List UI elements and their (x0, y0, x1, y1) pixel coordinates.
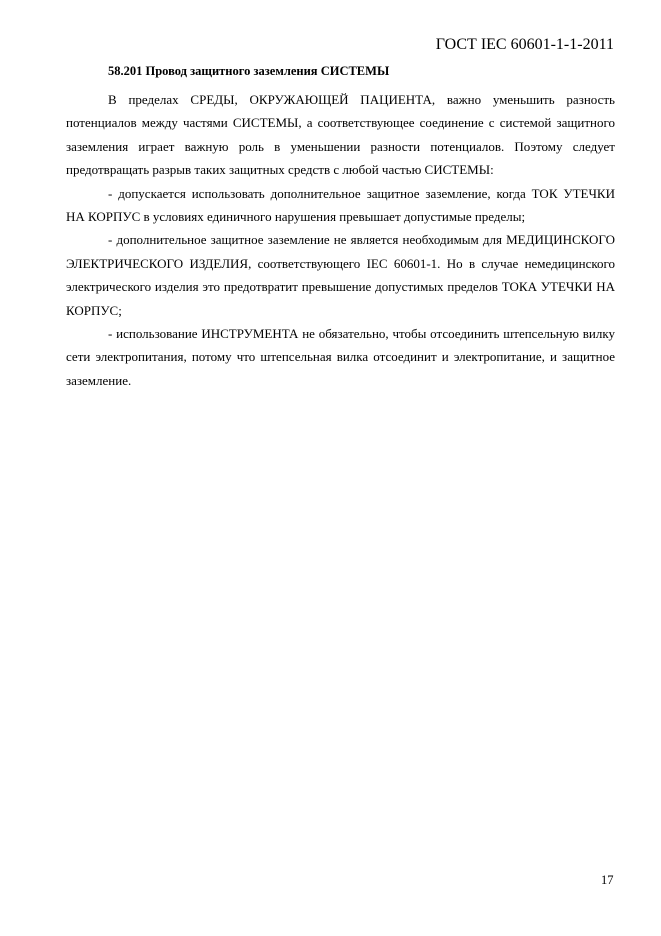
list-item-additional-grounding-allowed: - допускается использовать дополнительно… (66, 182, 615, 229)
section-body: В пределах СРЕДЫ, ОКРУЖАЮЩЕЙ ПАЦИЕНТА, в… (66, 88, 615, 392)
list-item-tool-not-required: - использование ИНСТРУМЕНТА не обязатель… (66, 322, 615, 392)
section-title: 58.201 Провод защитного заземления СИСТЕ… (108, 64, 389, 79)
document-header: ГОСТ IEC 60601-1-1-2011 (436, 36, 614, 54)
list-item-additional-grounding-not-required: - дополнительное защитное заземление не … (66, 228, 615, 322)
paragraph-intro: В пределах СРЕДЫ, ОКРУЖАЮЩЕЙ ПАЦИЕНТА, в… (66, 88, 615, 182)
page-number: 17 (601, 873, 614, 888)
